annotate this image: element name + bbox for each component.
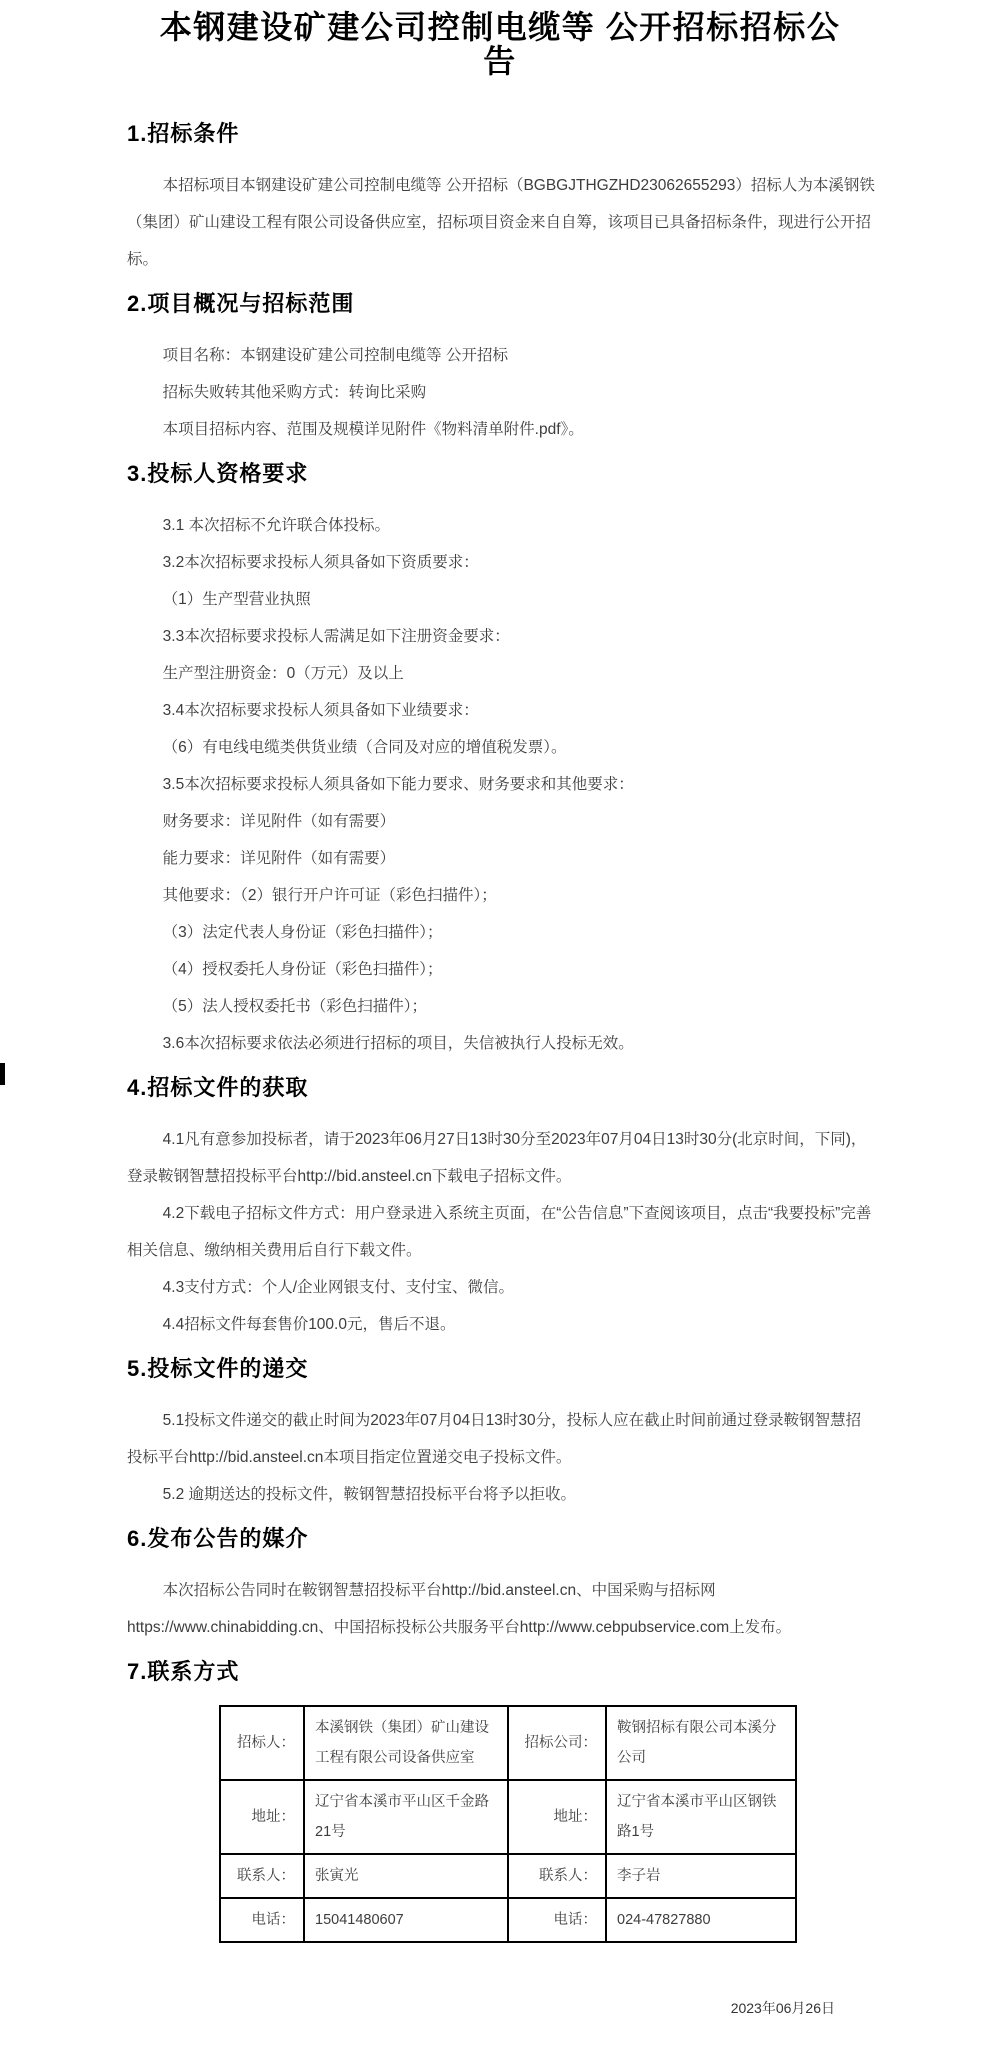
publish-date: 2023年06月26日 [0,1998,835,2018]
table-cell-label: 招标人： [220,1706,304,1780]
tender-announcement-page: 本钢建设矿建公司控制电缆等 公开招标招标公告 1.招标条件 本招标项目本钢建设矿… [0,0,1000,2061]
table-cell-value: 鞍钢招标有限公司本溪分公司 [606,1706,796,1780]
page-title: 本钢建设矿建公司控制电缆等 公开招标招标公告 [155,10,845,78]
table-cell-value: 024-47827880 [606,1898,796,1942]
section-heading-announcement-media: 6.发布公告的媒介 [127,1525,875,1552]
contact-table: 招标人： 本溪钢铁（集团）矿山建设工程有限公司设备供应室 招标公司： 鞍钢招标有… [219,1705,797,1943]
paragraph: 4.2下载电子招标文件方式：用户登录进入系统主页面，在“公告信息”下查阅该项目，… [127,1195,875,1269]
paragraph: 3.3本次招标要求投标人需满足如下注册资金要求： [127,618,875,655]
table-cell-value: 辽宁省本溪市平山区钢铁路1号 [606,1780,796,1854]
paragraph: 5.1投标文件递交的截止时间为2023年07月04日13时30分，投标人应在截止… [127,1402,875,1476]
paragraph: 5.2 逾期送达的投标文件，鞍钢智慧招投标平台将予以拒收。 [127,1476,875,1513]
page-edge-mark [0,1063,5,1085]
table-cell-label: 联系人： [220,1854,304,1898]
paragraph: （1）生产型营业执照 [127,581,875,618]
section-heading-bidder-qualifications: 3.投标人资格要求 [127,460,875,487]
paragraph: 3.1 本次招标不允许联合体投标。 [127,507,875,544]
paragraph: 本项目招标内容、范围及规模详见附件《物料清单附件.pdf》。 [127,411,875,448]
paragraph: 本次招标公告同时在鞍钢智慧招投标平台http://bid.ansteel.cn、… [127,1572,875,1646]
section-heading-obtaining-documents: 4.招标文件的获取 [127,1074,875,1101]
paragraph: （6）有电线电缆类供货业绩（合同及对应的增值税发票）。 [127,729,875,766]
section-heading-bidding-conditions: 1.招标条件 [127,120,875,147]
paragraph: 3.4本次招标要求投标人须具备如下业绩要求： [127,692,875,729]
table-cell-value: 辽宁省本溪市平山区千金路21号 [304,1780,508,1854]
paragraph: 4.3支付方式：个人/企业网银支付、支付宝、微信。 [127,1269,875,1306]
section-heading-bid-submission: 5.投标文件的递交 [127,1355,875,1382]
table-cell-label: 电话： [220,1898,304,1942]
table-cell-value: 15041480607 [304,1898,508,1942]
paragraph: （5）法人授权委托书（彩色扫描件）； [127,988,875,1025]
section-heading-project-overview: 2.项目概况与招标范围 [127,290,875,317]
table-row: 地址： 辽宁省本溪市平山区千金路21号 地址： 辽宁省本溪市平山区钢铁路1号 [220,1780,796,1854]
paragraph: （4）授权委托人身份证（彩色扫描件）； [127,951,875,988]
table-row: 招标人： 本溪钢铁（集团）矿山建设工程有限公司设备供应室 招标公司： 鞍钢招标有… [220,1706,796,1780]
paragraph: 项目名称：本钢建设矿建公司控制电缆等 公开招标 [127,337,875,374]
paragraph: （3）法定代表人身份证（彩色扫描件）； [127,914,875,951]
paragraph: 其他要求：（2）银行开户许可证（彩色扫描件）； [127,877,875,914]
document-content: 1.招标条件 本招标项目本钢建设矿建公司控制电缆等 公开招标（BGBGJTHGZ… [127,120,875,1943]
table-row: 电话： 15041480607 电话： 024-47827880 [220,1898,796,1942]
paragraph: 3.5本次招标要求投标人须具备如下能力要求、财务要求和其他要求： [127,766,875,803]
table-row: 联系人： 张寅光 联系人： 李子岩 [220,1854,796,1898]
table-cell-label: 招标公司： [508,1706,606,1780]
paragraph: 4.4招标文件每套售价100.0元，售后不退。 [127,1306,875,1343]
section-heading-contact-info: 7.联系方式 [127,1658,875,1685]
table-cell-label: 地址： [220,1780,304,1854]
paragraph: 本招标项目本钢建设矿建公司控制电缆等 公开招标（BGBGJTHGZHD23062… [127,167,875,278]
paragraph: 4.1凡有意参加投标者，请于2023年06月27日13时30分至2023年07月… [127,1121,875,1195]
paragraph: 3.2本次招标要求投标人须具备如下资质要求： [127,544,875,581]
table-cell-value: 张寅光 [304,1854,508,1898]
paragraph: 招标失败转其他采购方式：转询比采购 [127,374,875,411]
table-cell-label: 电话： [508,1898,606,1942]
table-cell-label: 联系人： [508,1854,606,1898]
paragraph: 生产型注册资金：0（万元）及以上 [127,655,875,692]
table-cell-value: 本溪钢铁（集团）矿山建设工程有限公司设备供应室 [304,1706,508,1780]
paragraph: 3.6本次招标要求依法必须进行招标的项目，失信被执行人投标无效。 [127,1025,875,1062]
paragraph: 能力要求：详见附件（如有需要） [127,840,875,877]
table-cell-value: 李子岩 [606,1854,796,1898]
paragraph: 财务要求：详见附件（如有需要） [127,803,875,840]
table-cell-label: 地址： [508,1780,606,1854]
